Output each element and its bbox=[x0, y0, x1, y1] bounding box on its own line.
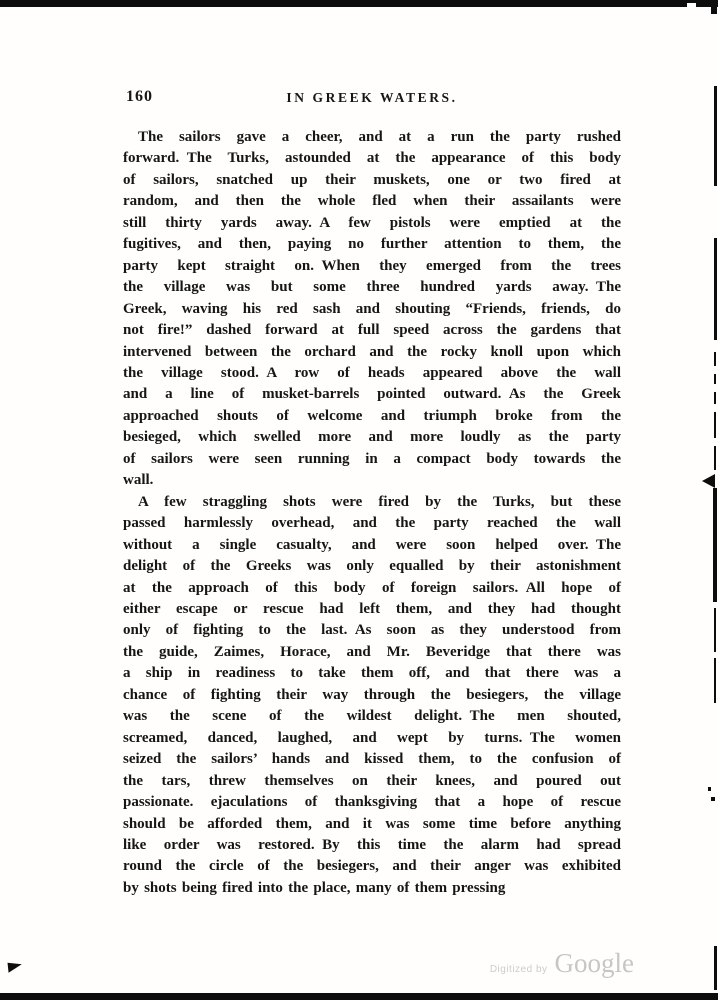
scan-arrow-mark bbox=[8, 961, 23, 972]
text-line: forward. The Turks, astounded at the app… bbox=[123, 148, 621, 169]
digitized-footer: Digitized by Google bbox=[490, 948, 634, 979]
scan-edge-mark bbox=[714, 946, 717, 990]
scan-edge-mark bbox=[714, 238, 717, 340]
text-line: either escape or rescue had left them, a… bbox=[123, 599, 621, 620]
text-line: seized the sailors’ hands and kissed the… bbox=[123, 749, 621, 770]
scan-dot-mark bbox=[711, 797, 715, 801]
scan-edge-mark bbox=[714, 352, 716, 366]
scan-top-bar-gap bbox=[687, 3, 696, 7]
text-line: the guide, Zaimes, Horace, and Mr. Bever… bbox=[123, 642, 621, 663]
text-line: party kept straight on. When they emerge… bbox=[123, 256, 621, 277]
scan-arrowhead-mark bbox=[702, 474, 715, 488]
text-line: random, and then the whole fled when the… bbox=[123, 191, 621, 212]
page-header: 160 IN GREEK WATERS. bbox=[123, 88, 621, 108]
text-line: delight of the Greeks was only equalled … bbox=[123, 556, 621, 577]
paragraph: The sailors gave a cheer, and at a run t… bbox=[123, 127, 621, 492]
text-line: A few straggling shots were fired by the… bbox=[123, 492, 621, 513]
scan-dot-mark bbox=[708, 787, 711, 791]
running-title: IN GREEK WATERS. bbox=[123, 90, 621, 106]
text-line: screamed, danced, laughed, and wept by t… bbox=[123, 728, 621, 749]
scan-edge-mark bbox=[714, 374, 716, 384]
text-line: at the approach of this body of foreign … bbox=[123, 578, 621, 599]
text-line: like order was restored. By this time th… bbox=[123, 835, 621, 856]
scan-edge-mark bbox=[714, 412, 716, 438]
paragraph: A few straggling shots were fired by the… bbox=[123, 492, 621, 900]
scan-edge-top-bar bbox=[0, 0, 718, 7]
text-line: approached shouts of welcome and triumph… bbox=[123, 406, 621, 427]
text-line: without a single casualty, and were soon… bbox=[123, 535, 621, 556]
text-line: chance of fighting their way through the… bbox=[123, 685, 621, 706]
text-line: wall. bbox=[123, 470, 621, 491]
text-line: passed harmlessly overhead, and the part… bbox=[123, 513, 621, 534]
scan-edge-mark bbox=[714, 86, 717, 186]
text-line: round the circle of the besiegers, and t… bbox=[123, 856, 621, 877]
text-line: of sailors were seen running in a compac… bbox=[123, 449, 621, 470]
scanned-page: 160 IN GREEK WATERS. The sailors gave a … bbox=[0, 0, 718, 1000]
scan-edge-mark bbox=[714, 446, 716, 470]
text-line: still thirty yards away. A few pistols w… bbox=[123, 213, 621, 234]
text-line: a ship in readiness to take them off, an… bbox=[123, 663, 621, 684]
scan-edge-mark bbox=[711, 0, 717, 14]
text-line: Greek, waving his red sash and shouting … bbox=[123, 299, 621, 320]
text-line: intervened between the orchard and the r… bbox=[123, 342, 621, 363]
text-line: was the scene of the wildest delight. Th… bbox=[123, 706, 621, 727]
scan-edge-mark bbox=[714, 392, 716, 404]
scan-edge-mark bbox=[714, 658, 716, 703]
google-logo: Google bbox=[555, 948, 634, 979]
text-line: passionate. ejaculations of thanksgiving… bbox=[123, 792, 621, 813]
text-line: of sailors, snatched up their muskets, o… bbox=[123, 170, 621, 191]
scan-edge-bottom-bar bbox=[0, 993, 718, 1000]
text-line: only of fighting to the last. As soon as… bbox=[123, 620, 621, 641]
text-line: the village stood. A row of heads appear… bbox=[123, 363, 621, 384]
text-line: by shots being fired into the place, man… bbox=[123, 878, 621, 899]
text-block: The sailors gave a cheer, and at a run t… bbox=[123, 127, 621, 899]
text-line: besieged, which swelled more and more lo… bbox=[123, 427, 621, 448]
text-line: The sailors gave a cheer, and at a run t… bbox=[123, 127, 621, 148]
text-line: not fire!” dashed forward at full speed … bbox=[123, 320, 621, 341]
text-line: and a line of musket-barrels pointed out… bbox=[123, 384, 621, 405]
text-line: should be afforded them, and it was some… bbox=[123, 814, 621, 835]
scan-edge-mark bbox=[713, 488, 717, 602]
text-line: the village was but some three hundred y… bbox=[123, 277, 621, 298]
digitized-by-label: Digitized by bbox=[490, 964, 548, 975]
text-line: the tars, threw themselves on their knee… bbox=[123, 771, 621, 792]
scan-edge-mark bbox=[714, 608, 716, 652]
text-line: fugitives, and then, paying no further a… bbox=[123, 234, 621, 255]
